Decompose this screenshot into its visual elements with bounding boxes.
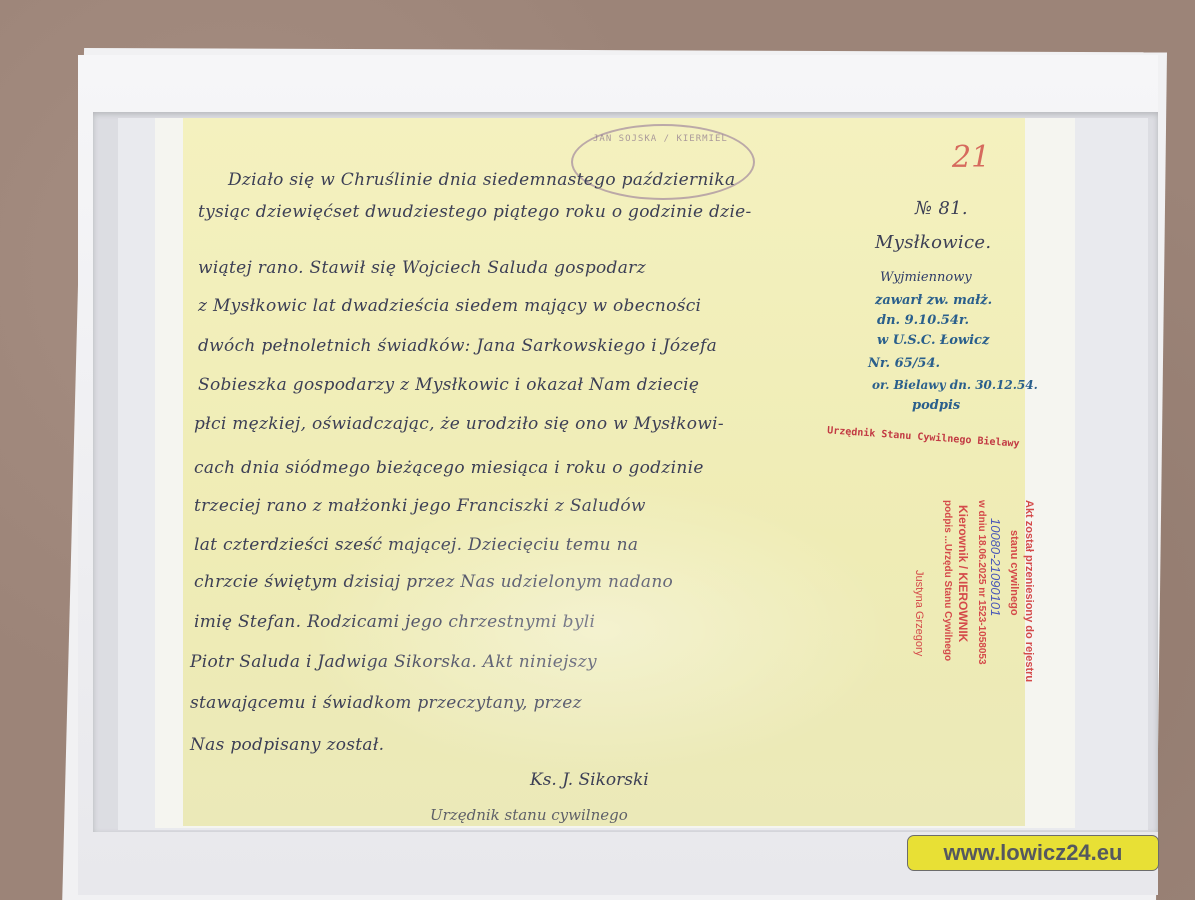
page-number: 21 <box>952 140 990 175</box>
parish-stamp-text: JAN SOJSKA / KIERMIEL <box>593 134 728 144</box>
body-line-12: imię Stefan. Rodzicami jego chrzestnymi … <box>194 612 595 632</box>
body-line-3: wiątej rano. Stawił się Wojciech Saluda … <box>198 258 646 278</box>
transfer-stamp-line4: Kierownik / KIEROWNIK <box>956 505 970 642</box>
priest-signature: Ks. J. Sikorski <box>530 770 649 790</box>
margin-note-3: dn. 9.10.54r. <box>877 313 969 328</box>
transfer-stamp-line6: Justyna Grzegory <box>913 570 925 656</box>
body-line-13: Piotr Saluda i Jadwiga Sikorska. Akt nin… <box>190 652 597 672</box>
transfer-stamp-line1: Akt został przeniesiony do rejestru <box>1023 500 1035 682</box>
transfer-stamp-line5: podpis ...Urzędu Stanu Cywilnego <box>942 500 953 661</box>
margin-note-6: or. Bielawy dn. 30.12.54. <box>872 378 1038 392</box>
site-watermark: www.lowicz24.eu <box>907 835 1159 871</box>
body-line-6: Sobieszka gospodarzy z Mysłkowic i okaza… <box>198 375 699 395</box>
transfer-stamp-line2: stanu cywilnego <box>1008 530 1020 616</box>
body-line-11: chrzcie świętym dzisiaj przez Nas udziel… <box>194 572 673 592</box>
body-line-8: cach dnia siódmego bieżącego miesiąca i … <box>194 458 704 478</box>
margin-place: Mysłkowice. <box>875 232 991 253</box>
transfer-stamp-code: 10080-21090101 <box>988 518 1003 616</box>
record-number: № 81. <box>915 198 968 219</box>
body-line-4: z Mysłkowic lat dwadzieścia siedem mając… <box>198 296 701 316</box>
margin-note-5: Nr. 65/54. <box>868 356 940 371</box>
margin-note-2: zawarł zw. małż. <box>875 293 992 308</box>
margin-note-1: Wyjmiennowy <box>880 270 972 285</box>
body-line-2: tysiąc dziewięćset dwudziestego piątego … <box>198 202 752 222</box>
body-line-15: Nas podpisany został. <box>190 735 384 755</box>
body-line-1: Działo się w Chruślinie dnia siedemnaste… <box>228 170 735 190</box>
body-line-5: dwóch pełnoletnich świadków: Jana Sarkow… <box>198 336 717 356</box>
body-line-14: stawającemu i świadkom przeczytany, prze… <box>190 693 582 713</box>
body-line-7: płci męzkiej, oświadczając, że urodziło … <box>194 414 724 434</box>
margin-note-4: w U.S.C. Łowicz <box>877 333 989 348</box>
body-line-9: trzeciej rano z małżonki jego Franciszki… <box>194 496 646 516</box>
body-line-10: lat czterdzieści sześć mającej. Dziecięc… <box>194 535 638 555</box>
registrar-signature: Urzędnik stanu cywilnego <box>430 806 628 824</box>
margin-note-7: podpis <box>912 398 960 413</box>
transfer-stamp-line3: w dniu 18.06.2025 nr 1523-1058053 <box>976 500 987 665</box>
transfer-stamp: Akt został przeniesiony do rejestru stan… <box>895 500 1045 780</box>
